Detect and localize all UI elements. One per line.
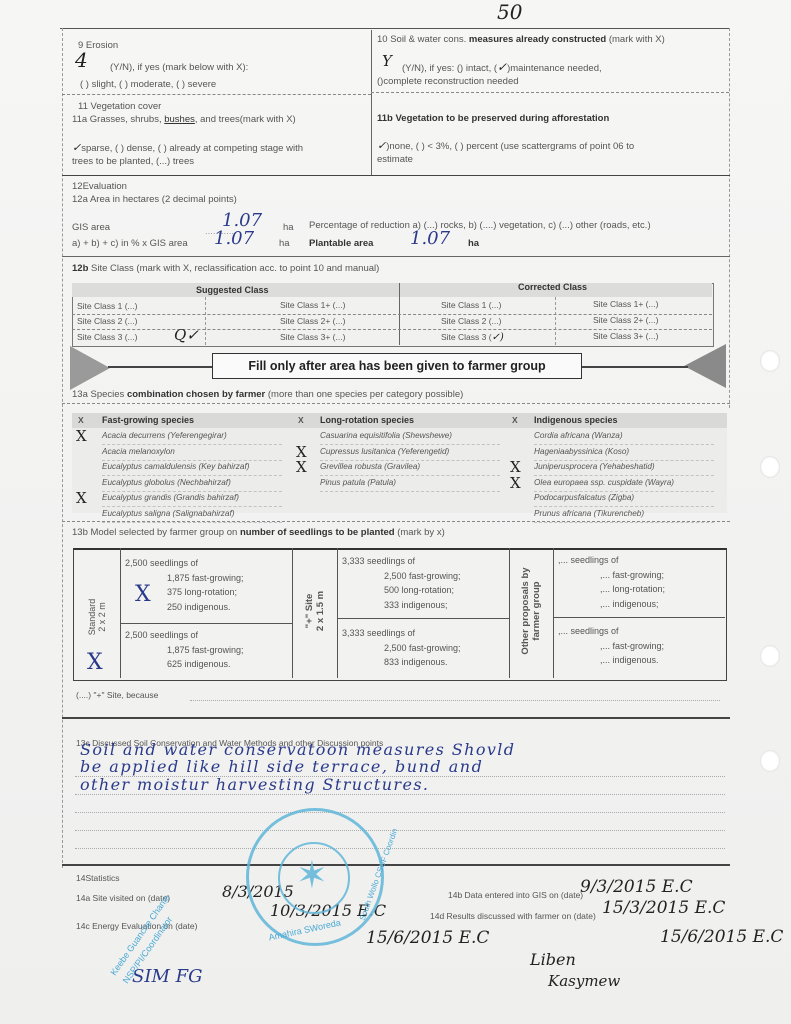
species-item: Eucalyptus globolus (Nechbahirzaf) [102, 478, 231, 487]
suggested-class-2plus[interactable]: Site Class 2+ (...) [280, 316, 345, 326]
divider [62, 175, 730, 176]
line1: sparse, ( ) dense, ( ) already at compet… [81, 143, 303, 154]
vegetation-line1: ✓sparse, ( ) dense, ( ) already at compe… [72, 141, 303, 154]
model-standard-a-line: 375 long-rotation; [167, 587, 237, 597]
sub-underlined: bushes [164, 114, 195, 125]
divider [62, 717, 730, 719]
spacing: 2 x 1.5 m [315, 566, 326, 656]
soil-water-line1: (Y/N), if yes: () intact, (✓)maintenance… [402, 60, 602, 74]
model-plus-a-line: 333 indigenous; [384, 600, 448, 610]
model-standard-b-line: 2,500 seedlings of [125, 630, 198, 640]
form-page: 50 9 Erosion 4 (Y/N), if yes (mark below… [0, 0, 791, 1024]
species-item: Eucalyptus camaldulensis (Key bahirzaf) [102, 462, 249, 471]
species-checkbox[interactable]: X [296, 458, 307, 476]
model-other-b-line: ,... seedlings of [558, 626, 619, 636]
preserve-line1: ✓)none, ( ) < 3%, ( ) percent (use scatt… [377, 139, 634, 152]
title-bold: measures already constructed [469, 34, 606, 45]
dotted-line [75, 830, 725, 831]
banner-right-arrow [684, 344, 726, 388]
suggested-class-3[interactable]: Site Class 3 (...) [77, 332, 137, 342]
row-line [72, 329, 712, 330]
signature-right-1: Liben [530, 950, 576, 969]
standard-b-mark[interactable]: X [87, 650, 103, 675]
soil-water-title: 10 Soil & water cons. measures already c… [377, 34, 665, 45]
model-standard-b-line: 1,875 fast-growing; [167, 645, 244, 655]
species-item: Cupressus lusitanica (Yeferengetid) [320, 447, 449, 456]
label: "+" Site [304, 566, 315, 656]
suggested-mark: Q✓ [174, 326, 199, 344]
species-item: Casuarina equisitifolia (Shewshewe) [320, 431, 452, 440]
model-standard-a-line: 1,875 fast-growing; [167, 573, 244, 583]
preserve-title: 11b Vegetation to be preserved during af… [377, 113, 609, 124]
x-column-header: X [78, 415, 84, 425]
row-line [320, 460, 500, 461]
label2: farmer group [531, 556, 542, 666]
model-other-a-line: ,... seedlings of [558, 555, 619, 565]
title-prefix: 10 Soil & water cons. [377, 34, 466, 45]
dotted-line [75, 776, 725, 777]
corrected-mark: ✓) [492, 332, 504, 343]
table-header-bg [72, 283, 712, 297]
species-item: Cordia africana (Wanza) [534, 431, 623, 440]
maintenance-check[interactable]: ✓ [497, 60, 507, 74]
soil-water-mark[interactable]: Y [382, 52, 392, 70]
row-line [337, 618, 509, 619]
row-line [534, 491, 714, 492]
species-item: Acacia decurrens (Yeferengegirar) [102, 431, 227, 440]
model-plus-a-line: 2,500 fast-growing; [384, 571, 461, 581]
signed-date-left[interactable]: 15/6/2015 E.C [366, 928, 489, 948]
soil-water-line2: ()complete reconstruction needed [377, 76, 519, 87]
species-column-header: Long-rotation species [320, 415, 414, 425]
vegetation-sub: 11a Grasses, shrubs, bushes, and trees(m… [72, 114, 296, 125]
sub-suffix: , and trees(mark with X) [195, 114, 296, 125]
plus-site-because: (....) "+" Site, because [76, 690, 158, 700]
preserve-line2: estimate [377, 154, 413, 165]
suggested-class-3plus[interactable]: Site Class 3+ (...) [280, 332, 345, 342]
label: Site Class 3 ( [441, 332, 492, 342]
punch-hole [760, 350, 780, 372]
plantable-label: Plantable area [309, 238, 373, 249]
corrected-class-1[interactable]: Site Class 1 (...) [441, 300, 501, 310]
dotted-line [75, 812, 725, 813]
species-title: 13a Species combination chosen by farmer… [72, 389, 463, 400]
line1b: )maintenance needed, [507, 63, 602, 74]
standard-a-mark[interactable]: X [135, 582, 151, 607]
model-other-a-line: ,... fast-growing; [600, 570, 664, 580]
signature-left: SIM FG [132, 966, 202, 987]
model-plus-a-line: 500 long-rotation; [384, 585, 454, 595]
title-bold: number of seedlings to be planted [240, 527, 395, 538]
col-line [553, 548, 554, 678]
gis-entry-date[interactable]: 9/3/2015 E.C [580, 877, 693, 897]
title-bold: combination chosen by farmer [127, 389, 265, 400]
corrected-header: Corrected Class [518, 282, 587, 292]
banner-left-arrow [70, 346, 110, 390]
line1: (Y/N), if yes: () intact, ( [402, 63, 497, 74]
erosion-line2: ( ) slight, ( ) moderate, ( ) severe [80, 79, 216, 90]
standard-label: Standard2 x 2 m [87, 572, 107, 662]
dotted-line [75, 794, 725, 795]
row-line [534, 475, 714, 476]
species-item: Grevillea robusta (Gravilea) [320, 462, 420, 471]
suggested-class-1[interactable]: Site Class 1 (...) [77, 301, 137, 311]
model-standard-a-line: 2,500 seedlings of [125, 558, 198, 568]
title-suffix: (more than one species per category poss… [268, 389, 463, 400]
punch-hole [760, 750, 780, 772]
sub-prefix: 11a Grasses, shrubs, [72, 114, 162, 125]
gis-area-label: GIS area [72, 222, 110, 233]
suggested-class-1plus[interactable]: Site Class 1+ (...) [280, 300, 345, 310]
corrected-class-1plus[interactable]: Site Class 1+ (...) [593, 299, 658, 309]
plantable-unit: ha [468, 238, 479, 249]
model-plus-b-line: 833 indigenous. [384, 657, 448, 667]
suggested-header: Suggested Class [196, 285, 269, 295]
dotted-line [190, 700, 720, 701]
abc-value[interactable]: 1.07 [214, 228, 254, 249]
row-line [320, 491, 500, 492]
title-prefix: 13a Species [72, 389, 124, 400]
model-plus-b-line: 2,500 fast-growing; [384, 643, 461, 653]
row-line [534, 444, 714, 445]
x-column-header: X [512, 415, 518, 425]
model-title: 13b Model selected by farmer group on nu… [72, 527, 445, 538]
plantable-value[interactable]: 1.07 [410, 228, 450, 249]
label: Standard [87, 572, 97, 662]
suggested-class-2[interactable]: Site Class 2 (...) [77, 316, 137, 326]
species-column-header: Fast-growing species [102, 415, 194, 425]
row-line [320, 444, 500, 445]
divider [371, 92, 729, 93]
left-border [62, 28, 63, 868]
species-checkbox[interactable]: X [76, 427, 87, 445]
species-item: Olea europaea ssp. cuspidate (Wayra) [534, 478, 674, 487]
discussion-line-3[interactable]: other moistur harvesting Structures. [80, 775, 429, 794]
stamp-star-icon: ✶ [296, 853, 328, 898]
model-other-b-line: ,... fast-growing; [600, 641, 664, 651]
punch-hole [760, 456, 780, 478]
species-item: Acacia melanoxylon [102, 447, 175, 456]
divider [62, 403, 730, 404]
col-line [120, 548, 121, 678]
abc-unit: ha [279, 238, 290, 249]
signature-right-2: Kasymew [548, 972, 620, 990]
row-line [102, 460, 282, 461]
species-checkbox[interactable]: X [76, 489, 87, 507]
row-line [553, 617, 725, 618]
divider [62, 864, 730, 866]
species-column-header: Indigenous species [534, 415, 618, 425]
model-other-a-line: ,... indigenous; [600, 599, 659, 609]
species-item: Podocarpusfalcatus (Zigba) [534, 493, 634, 502]
plus-site-label: "+" Site2 x 1.5 m [304, 566, 326, 656]
corrected-class-3plus[interactable]: Site Class 3+ (...) [593, 331, 658, 341]
dotted-line [75, 848, 725, 849]
row-line [534, 460, 714, 461]
label: Other proposals by [520, 556, 531, 666]
evaluation-title: 12Evaluation [72, 181, 127, 192]
row-line [534, 506, 714, 507]
erosion-mark[interactable]: 4 [75, 48, 88, 72]
vegetation-line2: trees to be planted, (...) trees [72, 156, 194, 167]
title-text: Site Class (mark with X, reclassificatio… [91, 263, 379, 274]
site-class-title: 12b Site Class (mark with X, reclassific… [72, 263, 379, 274]
corrected-class-2[interactable]: Site Class 2 (...) [441, 316, 501, 326]
species-item: Pinus patula (Patula) [320, 478, 396, 487]
signed-date-right[interactable]: 15/6/2015 E.C [660, 927, 783, 947]
page-number-handwritten: 50 [497, 0, 522, 24]
statistics-title: 14Statistics [76, 873, 119, 883]
species-item: Hageniaabyssinica (Koso) [534, 447, 629, 456]
top-rule [60, 28, 730, 29]
species-item: Juniperusprocera (Yehabeshatid) [534, 462, 655, 471]
col-line [292, 548, 293, 678]
right-border [729, 28, 730, 408]
species-checkbox[interactable]: X [510, 474, 521, 492]
line1: )none, ( ) < 3%, ( ) percent (use scatte… [386, 141, 634, 152]
row-line [102, 475, 282, 476]
title-prefix: 13b Model selected by farmer group on [72, 527, 237, 538]
model-standard-b-line: 625 indigenous. [167, 659, 231, 669]
discussion-line-2[interactable]: be applied like hill side terrace, bund … [80, 757, 483, 776]
row-line [102, 491, 282, 492]
col-line [337, 548, 338, 678]
corrected-class-2plus[interactable]: Site Class 2+ (...) [593, 315, 658, 325]
title-bold: 12b [72, 263, 88, 274]
discussed-label: 14d Results discussed with farmer on (da… [430, 911, 596, 921]
col-line [205, 297, 206, 345]
title-suffix: (mark by x) [397, 527, 445, 538]
divider [62, 94, 371, 95]
abc-label: a) + b) + c) in % x GIS area [72, 238, 188, 249]
erosion-line1: (Y/N), if yes (mark below with X): [110, 62, 248, 73]
gis-entry-label: 14b Data entered into GIS on (date) [448, 890, 583, 900]
col-line [509, 548, 510, 678]
gis-unit: ha [283, 222, 294, 233]
row-line [320, 475, 500, 476]
spacing: 2 x 2 m [97, 572, 107, 662]
model-other-b-line: ,... indigenous. [600, 655, 659, 665]
column-divider [371, 30, 372, 175]
species-item: Eucalyptus saligna (Salignabahirzaf) [102, 509, 234, 518]
row-line [102, 444, 282, 445]
row-line [102, 506, 282, 507]
reduction-label: Percentage of reduction a) (...) rocks, … [309, 220, 651, 231]
none-check[interactable]: ✓ [377, 139, 386, 152]
species-item: Eucalyptus grandis (Grandis bahirzaf) [102, 493, 239, 502]
discussed-date[interactable]: 15/3/2015 E.C [602, 898, 725, 918]
model-plus-b-line: 3,333 seedlings of [342, 628, 415, 638]
vegetation-title: 11 Vegetation cover [78, 101, 161, 112]
x-column-header: X [298, 415, 304, 425]
banner-notice: Fill only after area has been given to f… [212, 353, 582, 379]
sparse-check[interactable]: ✓ [72, 141, 81, 154]
model-plus-a-line: 3,333 seedlings of [342, 556, 415, 566]
divider [62, 256, 730, 257]
punch-hole [760, 645, 780, 667]
species-item: Prunus africana (Tikurencheb) [534, 509, 644, 518]
model-standard-a-line: 250 indigenous. [167, 602, 231, 612]
other-proposals-label: Other proposals byfarmer group [520, 556, 542, 666]
row-line [120, 623, 292, 624]
divider [62, 521, 730, 522]
title-suffix: (mark with X) [609, 34, 665, 45]
evaluation-sub: 12a Area in hectares (2 decimal points) [72, 194, 237, 205]
model-other-a-line: ,... long-rotation; [600, 584, 665, 594]
corrected-class-3[interactable]: Site Class 3 (✓) [441, 332, 504, 343]
col-line [555, 297, 556, 345]
